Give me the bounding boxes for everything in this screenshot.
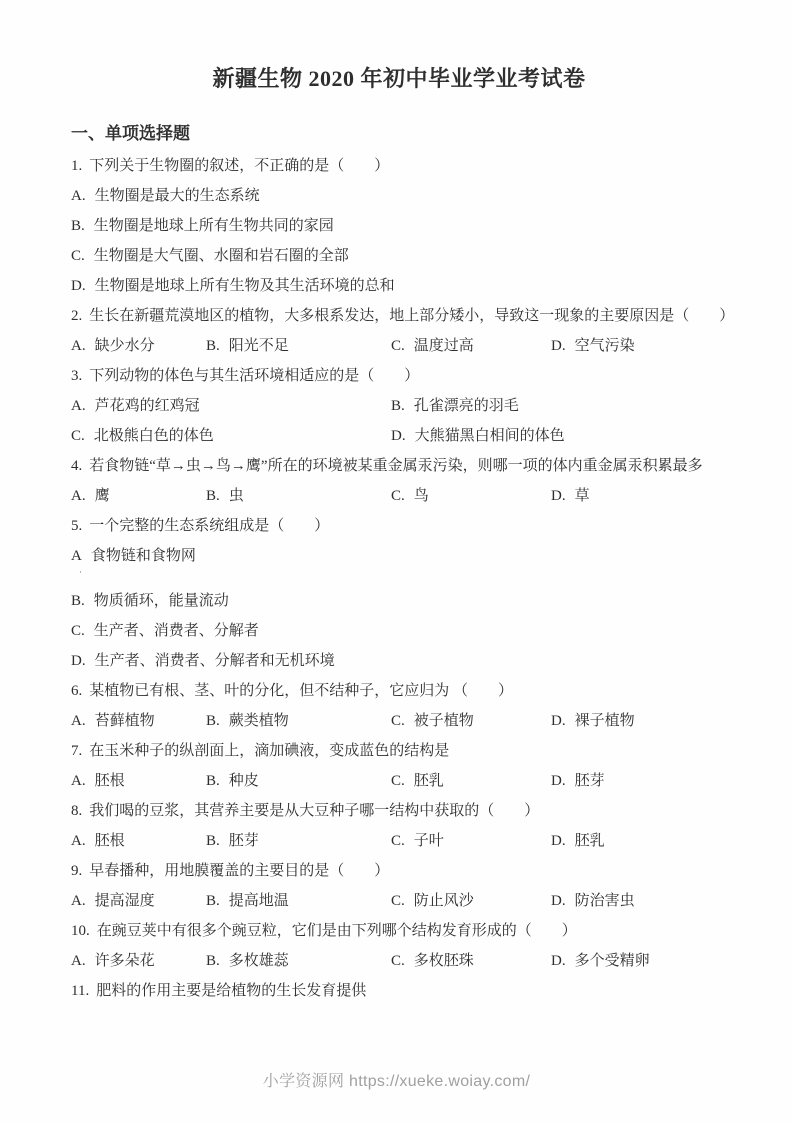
question-text: 我们喝的豆浆，其营养主要是从大豆种子哪一结构中获取的（ ） — [89, 803, 539, 819]
question-number: 7. — [71, 743, 82, 759]
option-label: D. — [551, 338, 566, 354]
option-text: 胚芽 — [229, 833, 259, 849]
option-B: B.胚芽 — [206, 833, 391, 850]
option-row: D.生物圈是地球上所有生物及其生活环境的总和 — [71, 278, 727, 295]
option-B: B.多枚雄蕊 — [206, 953, 391, 970]
option-label: D. — [391, 428, 406, 444]
option-row: C.生物圈是大气圈、水圈和岩石圈的全部 — [71, 248, 727, 265]
question-number: 2. — [71, 308, 82, 324]
option-text: 生物圈是地球上所有生物及其生活环境的总和 — [95, 278, 395, 294]
question-number: 1. — [71, 158, 82, 174]
option-text: 孔雀漂亮的羽毛 — [414, 398, 519, 414]
option-D: D.生物圈是地球上所有生物及其生活环境的总和 — [71, 278, 395, 294]
page-title: 新疆生物 2020 年初中毕业学业考试卷 — [71, 62, 727, 93]
question-6: 6.某植物已有根、茎、叶的分化，但不结种子，它应归为 （ ）A.苔藓植物B.蕨类… — [71, 683, 727, 730]
option-B: B.物质循环，能量流动 — [71, 593, 229, 609]
option-label: D. — [551, 713, 566, 729]
option-label: C. — [71, 428, 85, 444]
option-D: D.空气污染 — [551, 338, 727, 355]
option-text: 蕨类植物 — [229, 713, 289, 729]
option-A: A.芦花鸡的红鸡冠 — [71, 398, 391, 415]
option-text: 多枚雄蕊 — [229, 953, 289, 969]
option-A: A.胚根 — [71, 773, 206, 790]
option-label: D. — [71, 653, 86, 669]
question-number: 6. — [71, 683, 82, 699]
option-C: C.温度过高 — [391, 338, 551, 355]
question-text: 下列动物的体色与其生活环境相适应的是（ ） — [89, 368, 419, 384]
footer-watermark: 小学资源网 https://xueke.woiay.com/ — [0, 1068, 793, 1091]
option-D: D.胚芽 — [551, 773, 727, 790]
option-text: 虫 — [229, 488, 244, 504]
option-text: 提高地温 — [229, 893, 289, 909]
option-text: 草 — [575, 488, 590, 504]
option-text: 被子植物 — [414, 713, 474, 729]
option-row: C.北极熊白色的体色D.大熊猫黑白相间的体色 — [71, 428, 727, 445]
question-number: 9. — [71, 863, 82, 879]
option-label: B. — [206, 338, 220, 354]
option-text: 生物圈是地球上所有生物共同的家园 — [94, 218, 334, 234]
option-D: D.裸子植物 — [551, 713, 727, 730]
option-C: C.被子植物 — [391, 713, 551, 730]
question-number: 5. — [71, 518, 82, 534]
option-A: A.鹰 — [71, 488, 206, 505]
question-stem: 9.早春播种，用地膜覆盖的主要目的是（ ） — [71, 863, 727, 880]
question-text: 下列关于生物圈的叙述，不正确的是（ ） — [89, 158, 389, 174]
option-C: C.生物圈是大气圈、水圈和岩石圈的全部 — [71, 248, 349, 264]
option-text: 许多朵花 — [95, 953, 155, 969]
option-label: A. — [71, 713, 86, 729]
option-B: B.孔雀漂亮的羽毛 — [391, 398, 727, 415]
option-row: B.生物圈是地球上所有生物共同的家园 — [71, 218, 727, 235]
stray-mark: · — [79, 567, 727, 577]
question-stem: 4.若食物链“草→虫→鸟→鹰”所在的环境被某重金属汞污染，则哪一项的体内重金属汞… — [71, 458, 727, 475]
option-label: B. — [71, 218, 85, 234]
option-label: C. — [391, 338, 405, 354]
question-text: 在玉米种子的纵剖面上，滴加碘液，变成蓝色的结构是 — [89, 743, 449, 759]
option-label: C. — [391, 488, 405, 504]
option-B: B.虫 — [206, 488, 391, 505]
option-label: B. — [206, 893, 220, 909]
question-number: 11. — [71, 983, 89, 999]
question-list: 1.下列关于生物圈的叙述，不正确的是（ ）A.生物圈是最大的生态系统B.生物圈是… — [71, 158, 727, 1000]
option-label: C. — [391, 833, 405, 849]
section-heading: 一、单项选择题 — [71, 119, 727, 144]
option-text: 空气污染 — [575, 338, 635, 354]
question-text: 某植物已有根、茎、叶的分化，但不结种子，它应归为 （ ） — [89, 683, 513, 699]
option-text: 芦花鸡的红鸡冠 — [95, 398, 200, 414]
option-C: C.防止风沙 — [391, 893, 551, 910]
option-row: D.生产者、消费者、分解者和无机环境 — [71, 653, 727, 670]
question-stem: 7.在玉米种子的纵剖面上，滴加碘液，变成蓝色的结构是 — [71, 743, 727, 760]
question-7: 7.在玉米种子的纵剖面上，滴加碘液，变成蓝色的结构是A.胚根B.种皮C.胚乳D.… — [71, 743, 727, 790]
option-row: A.芦花鸡的红鸡冠B.孔雀漂亮的羽毛 — [71, 398, 727, 415]
option-label: C. — [391, 953, 405, 969]
option-C: C.北极熊白色的体色 — [71, 428, 391, 445]
question-text: 一个完整的生态系统组成是（ ） — [89, 518, 329, 534]
option-text: 北极熊白色的体色 — [94, 428, 214, 444]
option-A: A.许多朵花 — [71, 953, 206, 970]
option-C: C.多枚胚珠 — [391, 953, 551, 970]
question-3: 3.下列动物的体色与其生活环境相适应的是（ ）A.芦花鸡的红鸡冠B.孔雀漂亮的羽… — [71, 368, 727, 445]
option-row: A.生物圈是最大的生态系统 — [71, 188, 727, 205]
option-text: 鹰 — [95, 488, 110, 504]
question-stem: 8.我们喝的豆浆，其营养主要是从大豆种子哪一结构中获取的（ ） — [71, 803, 727, 820]
option-text: 苔藓植物 — [95, 713, 155, 729]
option-B: B.提高地温 — [206, 893, 391, 910]
question-4: 4.若食物链“草→虫→鸟→鹰”所在的环境被某重金属汞污染，则哪一项的体内重金属汞… — [71, 458, 727, 505]
question-text: 早春播种，用地膜覆盖的主要目的是（ ） — [89, 863, 389, 879]
question-text: 肥料的作用主要是给植物的生长发育提供 — [96, 983, 366, 999]
option-label: C. — [391, 713, 405, 729]
option-text: 胚乳 — [414, 773, 444, 789]
option-row: A.许多朵花B.多枚雄蕊C.多枚胚珠D.多个受精卵 — [71, 953, 727, 970]
option-label: B. — [391, 398, 405, 414]
option-row: A.苔藓植物B.蕨类植物C.被子植物D.裸子植物 — [71, 713, 727, 730]
option-label: B. — [206, 953, 220, 969]
option-text: 缺少水分 — [95, 338, 155, 354]
option-B: B.生物圈是地球上所有生物共同的家园 — [71, 218, 334, 234]
option-A: A食物链和食物网 — [71, 548, 196, 564]
option-label: D. — [551, 953, 566, 969]
option-label: A. — [71, 833, 86, 849]
option-text: 子叶 — [414, 833, 444, 849]
option-row: A.提高湿度B.提高地温C.防止风沙D.防治害虫 — [71, 893, 727, 910]
question-text: 生长在新疆荒漠地区的植物，大多根系发达，地上部分矮小，导致这一现象的主要原因是（… — [89, 308, 734, 324]
option-text: 胚乳 — [575, 833, 605, 849]
option-D: D.草 — [551, 488, 727, 505]
option-label: A. — [71, 773, 86, 789]
option-D: D.多个受精卵 — [551, 953, 727, 970]
option-label: B. — [206, 488, 220, 504]
question-text: 在豌豆荚中有很多个豌豆粒，它们是由下列哪个结构发育形成的（ ） — [97, 923, 577, 939]
option-label: A. — [71, 398, 86, 414]
question-number: 4. — [71, 458, 82, 474]
option-text: 鸟 — [414, 488, 429, 504]
option-D: D.生产者、消费者、分解者和无机环境 — [71, 653, 335, 669]
option-row: A.缺少水分B.阳光不足C.温度过高D.空气污染 — [71, 338, 727, 355]
question-stem: 11.肥料的作用主要是给植物的生长发育提供 — [71, 983, 727, 1000]
question-stem: 10.在豌豆荚中有很多个豌豆粒，它们是由下列哪个结构发育形成的（ ） — [71, 923, 727, 940]
option-B: B.蕨类植物 — [206, 713, 391, 730]
exam-page: 新疆生物 2020 年初中毕业学业考试卷 一、单项选择题 1.下列关于生物圈的叙… — [0, 0, 793, 1122]
option-text: 物质循环，能量流动 — [94, 593, 229, 609]
option-A: A.胚根 — [71, 833, 206, 850]
option-C: C.鸟 — [391, 488, 551, 505]
question-1: 1.下列关于生物圈的叙述，不正确的是（ ）A.生物圈是最大的生态系统B.生物圈是… — [71, 158, 727, 295]
option-text: 生产者、消费者、分解者和无机环境 — [95, 653, 335, 669]
option-label: D. — [551, 893, 566, 909]
option-text: 防治害虫 — [575, 893, 635, 909]
question-number: 8. — [71, 803, 82, 819]
option-B: B.种皮 — [206, 773, 391, 790]
question-2: 2.生长在新疆荒漠地区的植物，大多根系发达，地上部分矮小，导致这一现象的主要原因… — [71, 308, 727, 355]
option-label: B. — [71, 593, 85, 609]
option-label: C. — [391, 773, 405, 789]
option-row: A.胚根B.胚芽C.子叶D.胚乳 — [71, 833, 727, 850]
option-label: D. — [551, 833, 566, 849]
option-row: A.鹰B.虫C.鸟D.草 — [71, 488, 727, 505]
option-label: C. — [71, 623, 85, 639]
question-9: 9.早春播种，用地膜覆盖的主要目的是（ ）A.提高湿度B.提高地温C.防止风沙D… — [71, 863, 727, 910]
option-text: 防止风沙 — [414, 893, 474, 909]
option-text: 胚根 — [95, 833, 125, 849]
option-row: B.物质循环，能量流动 — [71, 593, 727, 610]
option-A: A.提高湿度 — [71, 893, 206, 910]
option-label: D. — [551, 773, 566, 789]
option-text: 提高湿度 — [95, 893, 155, 909]
option-text: 胚芽 — [575, 773, 605, 789]
option-text: 阳光不足 — [229, 338, 289, 354]
option-text: 温度过高 — [414, 338, 474, 354]
option-D: D.防治害虫 — [551, 893, 727, 910]
option-row: C.生产者、消费者、分解者 — [71, 623, 727, 640]
option-B: B.阳光不足 — [206, 338, 391, 355]
option-label: A. — [71, 338, 86, 354]
option-text: 生产者、消费者、分解者 — [94, 623, 259, 639]
option-label: A. — [71, 893, 86, 909]
option-D: D.胚乳 — [551, 833, 727, 850]
option-label: A. — [71, 188, 86, 204]
option-C: C.生产者、消费者、分解者 — [71, 623, 259, 639]
question-stem: 6.某植物已有根、茎、叶的分化，但不结种子，它应归为 （ ） — [71, 683, 727, 700]
question-8: 8.我们喝的豆浆，其营养主要是从大豆种子哪一结构中获取的（ ）A.胚根B.胚芽C… — [71, 803, 727, 850]
option-label: C. — [71, 248, 85, 264]
question-stem: 1.下列关于生物圈的叙述，不正确的是（ ） — [71, 158, 727, 175]
option-label: B. — [206, 713, 220, 729]
option-label: D. — [71, 278, 86, 294]
option-label: A — [71, 548, 82, 564]
option-C: C.子叶 — [391, 833, 551, 850]
question-stem: 3.下列动物的体色与其生活环境相适应的是（ ） — [71, 368, 727, 385]
option-text: 胚根 — [95, 773, 125, 789]
option-text: 大熊猫黑白相间的体色 — [415, 428, 565, 444]
option-text: 生物圈是最大的生态系统 — [95, 188, 260, 204]
question-stem: 2.生长在新疆荒漠地区的植物，大多根系发达，地上部分矮小，导致这一现象的主要原因… — [71, 308, 727, 325]
option-text: 多枚胚珠 — [414, 953, 474, 969]
option-A: A.生物圈是最大的生态系统 — [71, 188, 260, 204]
option-A: A.苔藓植物 — [71, 713, 206, 730]
question-number: 3. — [71, 368, 82, 384]
question-5: 5.一个完整的生态系统组成是（ ）A食物链和食物网·B.物质循环，能量流动C.生… — [71, 518, 727, 670]
option-label: A. — [71, 953, 86, 969]
question-number: 10. — [71, 923, 90, 939]
option-text: 裸子植物 — [575, 713, 635, 729]
option-A: A.缺少水分 — [71, 338, 206, 355]
question-text: 若食物链“草→虫→鸟→鹰”所在的环境被某重金属汞污染，则哪一项的体内重金属汞积累… — [89, 458, 702, 474]
option-text: 食物链和食物网 — [91, 548, 196, 564]
page-content: 新疆生物 2020 年初中毕业学业考试卷 一、单项选择题 1.下列关于生物圈的叙… — [71, 62, 727, 1013]
option-text: 生物圈是大气圈、水圈和岩石圈的全部 — [94, 248, 349, 264]
question-11: 11.肥料的作用主要是给植物的生长发育提供 — [71, 983, 727, 1000]
option-text: 种皮 — [229, 773, 259, 789]
option-C: C.胚乳 — [391, 773, 551, 790]
option-row: A.胚根B.种皮C.胚乳D.胚芽 — [71, 773, 727, 790]
option-label: B. — [206, 773, 220, 789]
option-row: A食物链和食物网 — [71, 548, 727, 565]
option-D: D.大熊猫黑白相间的体色 — [391, 428, 727, 445]
question-10: 10.在豌豆荚中有很多个豌豆粒，它们是由下列哪个结构发育形成的（ ）A.许多朵花… — [71, 923, 727, 970]
option-text: 多个受精卵 — [575, 953, 650, 969]
option-label: D. — [551, 488, 566, 504]
option-label: B. — [206, 833, 220, 849]
option-label: C. — [391, 893, 405, 909]
question-stem: 5.一个完整的生态系统组成是（ ） — [71, 518, 727, 535]
option-label: A. — [71, 488, 86, 504]
